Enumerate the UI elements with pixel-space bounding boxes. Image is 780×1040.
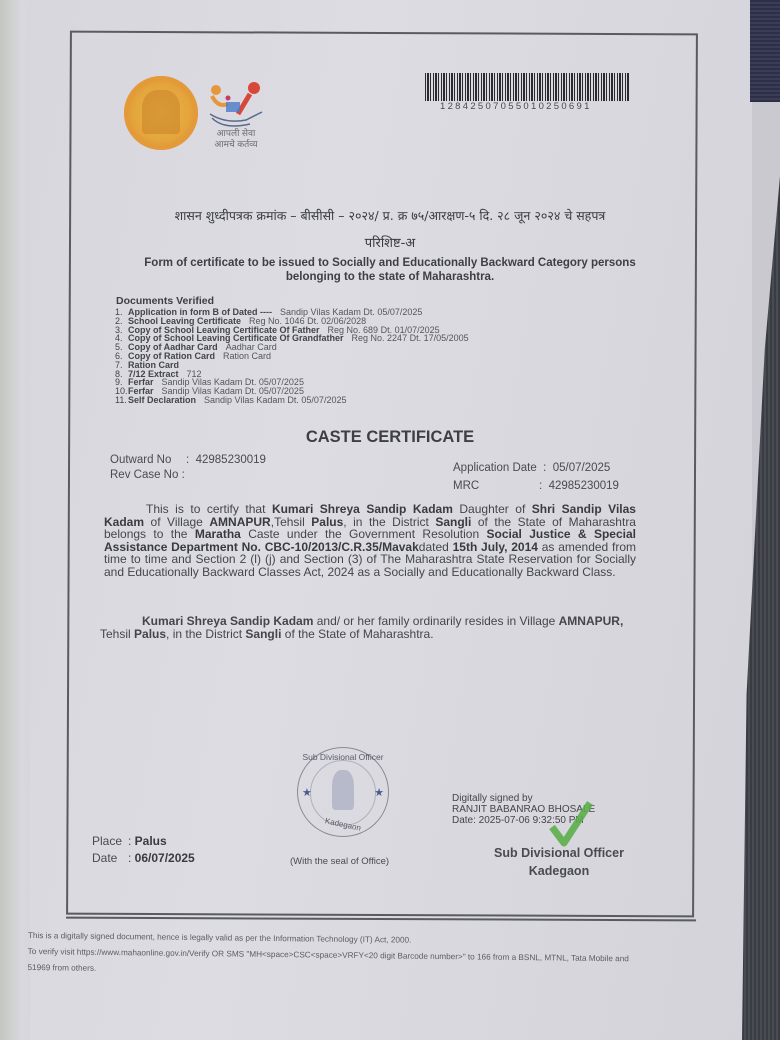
mrc: MRC: 42985230019	[453, 480, 619, 492]
background-fabric	[750, 0, 780, 102]
documents-heading: Documents Verified	[116, 295, 214, 307]
star-icon: ★	[374, 786, 384, 799]
seal-caption: (With the seal of Office)	[290, 856, 389, 867]
application-date: Application Date : 05/07/2025	[453, 462, 610, 474]
annexure-label: परिशिष्ट-अ	[110, 233, 670, 251]
barcode	[425, 73, 629, 101]
logo-caption: आपली सेवा आमचे कर्तव्य	[206, 128, 266, 150]
ashoka-emblem-icon	[332, 770, 354, 810]
verification-disclaimer: This is a digitally signed document, hen…	[27, 928, 629, 983]
gr-reference: शासन शुध्दीपत्रक क्रमांक – बीसीसी – २०२४…	[110, 207, 670, 224]
star-icon: ★	[302, 786, 312, 799]
paper-edge	[0, 0, 30, 1040]
officer-designation: Sub Divisional Officer Kadegaon	[494, 844, 624, 880]
barcode-number: 12842507055010250691	[440, 101, 630, 112]
residence-statement: Kumari Shreya Sandip Kadam and/ or her f…	[100, 615, 636, 640]
document-item: 11.Self DeclarationSandip Vilas Kadam Dt…	[115, 396, 469, 405]
signature-valid-check-icon	[548, 797, 594, 849]
certificate-body: This is to certify that Kumari Shreya Sa…	[104, 503, 636, 579]
form-title: Form of certificate to be issued to Soci…	[120, 256, 660, 284]
certificate-title: CASTE CERTIFICATE	[110, 428, 670, 447]
outward-no: Outward No: 42985230019	[110, 454, 266, 466]
rev-case-no: Rev Case No :	[110, 469, 188, 481]
office-seal: ★ ★ Sub Divisional Officer Kadegaon	[297, 747, 389, 837]
documents-list: 1.Application in form B of Dated ----San…	[115, 308, 469, 405]
place-date: Place: Palus Date: 06/07/2025	[92, 833, 195, 867]
maharashtra-emblem-icon	[124, 76, 198, 150]
